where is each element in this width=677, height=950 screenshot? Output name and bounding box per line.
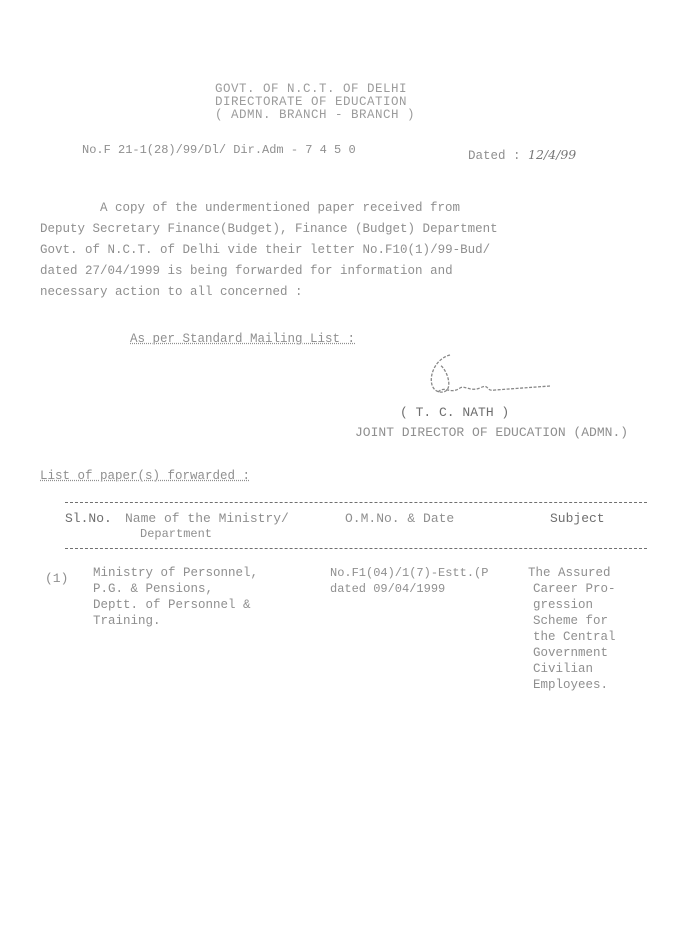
dated-field: Dated : 12/4/99 <box>468 147 576 163</box>
body-line-1: A copy of the undermentioned paper recei… <box>100 201 460 215</box>
mailing-list-note: As per Standard Mailing List : <box>130 332 355 346</box>
dated-label: Dated : <box>468 149 521 163</box>
dated-value: 12/4/99 <box>528 147 576 162</box>
row-subject-line-5: the Central <box>533 630 616 644</box>
row-ministry-line-2: P.G. & Pensions, <box>93 582 213 596</box>
row-subject-line-1: The Assured <box>528 566 611 580</box>
signatory-designation: JOINT DIRECTOR OF EDUCATION (ADMN.) <box>355 425 628 440</box>
row-subject-line-2: Career Pro- <box>533 582 616 596</box>
header-line-3: ( ADMN. BRANCH - BRANCH ) <box>215 109 415 122</box>
table-header-rule <box>65 548 647 549</box>
column-header-slno: Sl.No. <box>65 511 112 526</box>
column-header-ministry-2: Department <box>140 527 212 541</box>
row-subject-line-6: Government <box>533 646 608 660</box>
row-subject-line-3: gression <box>533 598 593 612</box>
row-subject-line-8: Employees. <box>533 678 608 692</box>
row-subject-line-7: Civilian <box>533 662 593 676</box>
column-header-ministry: Name of the Ministry/ <box>125 511 289 526</box>
row-subject-line-4: Scheme for <box>533 614 608 628</box>
row-om-line-2: dated 09/04/1999 <box>330 582 445 596</box>
body-line-3: Govt. of N.C.T. of Delhi vide their lett… <box>40 243 490 257</box>
body-line-5: necessary action to all concerned : <box>40 285 303 299</box>
row-ministry-line-3: Deptt. of Personnel & <box>93 598 251 612</box>
signatory-name: ( T. C. NATH ) <box>400 405 509 420</box>
body-line-4: dated 27/04/1999 is being forwarded for … <box>40 264 453 278</box>
signature-scrawl-icon <box>410 350 560 405</box>
column-header-om: O.M.No. & Date <box>345 511 454 526</box>
table-top-rule <box>65 502 647 503</box>
column-header-subject: Subject <box>550 511 605 526</box>
list-title: List of paper(s) forwarded : <box>40 469 250 483</box>
row-ministry-line-1: Ministry of Personnel, <box>93 566 258 580</box>
row-slno: (1) <box>45 571 68 586</box>
body-line-2: Deputy Secretary Finance(Budget), Financ… <box>40 222 498 236</box>
reference-number: No.F 21-1(28)/99/Dl/ Dir.Adm - 7 4 5 0 <box>82 143 356 157</box>
row-ministry-line-4: Training. <box>93 614 161 628</box>
row-om-line-1: No.F1(04)/1(7)-Estt.(P <box>330 566 488 580</box>
